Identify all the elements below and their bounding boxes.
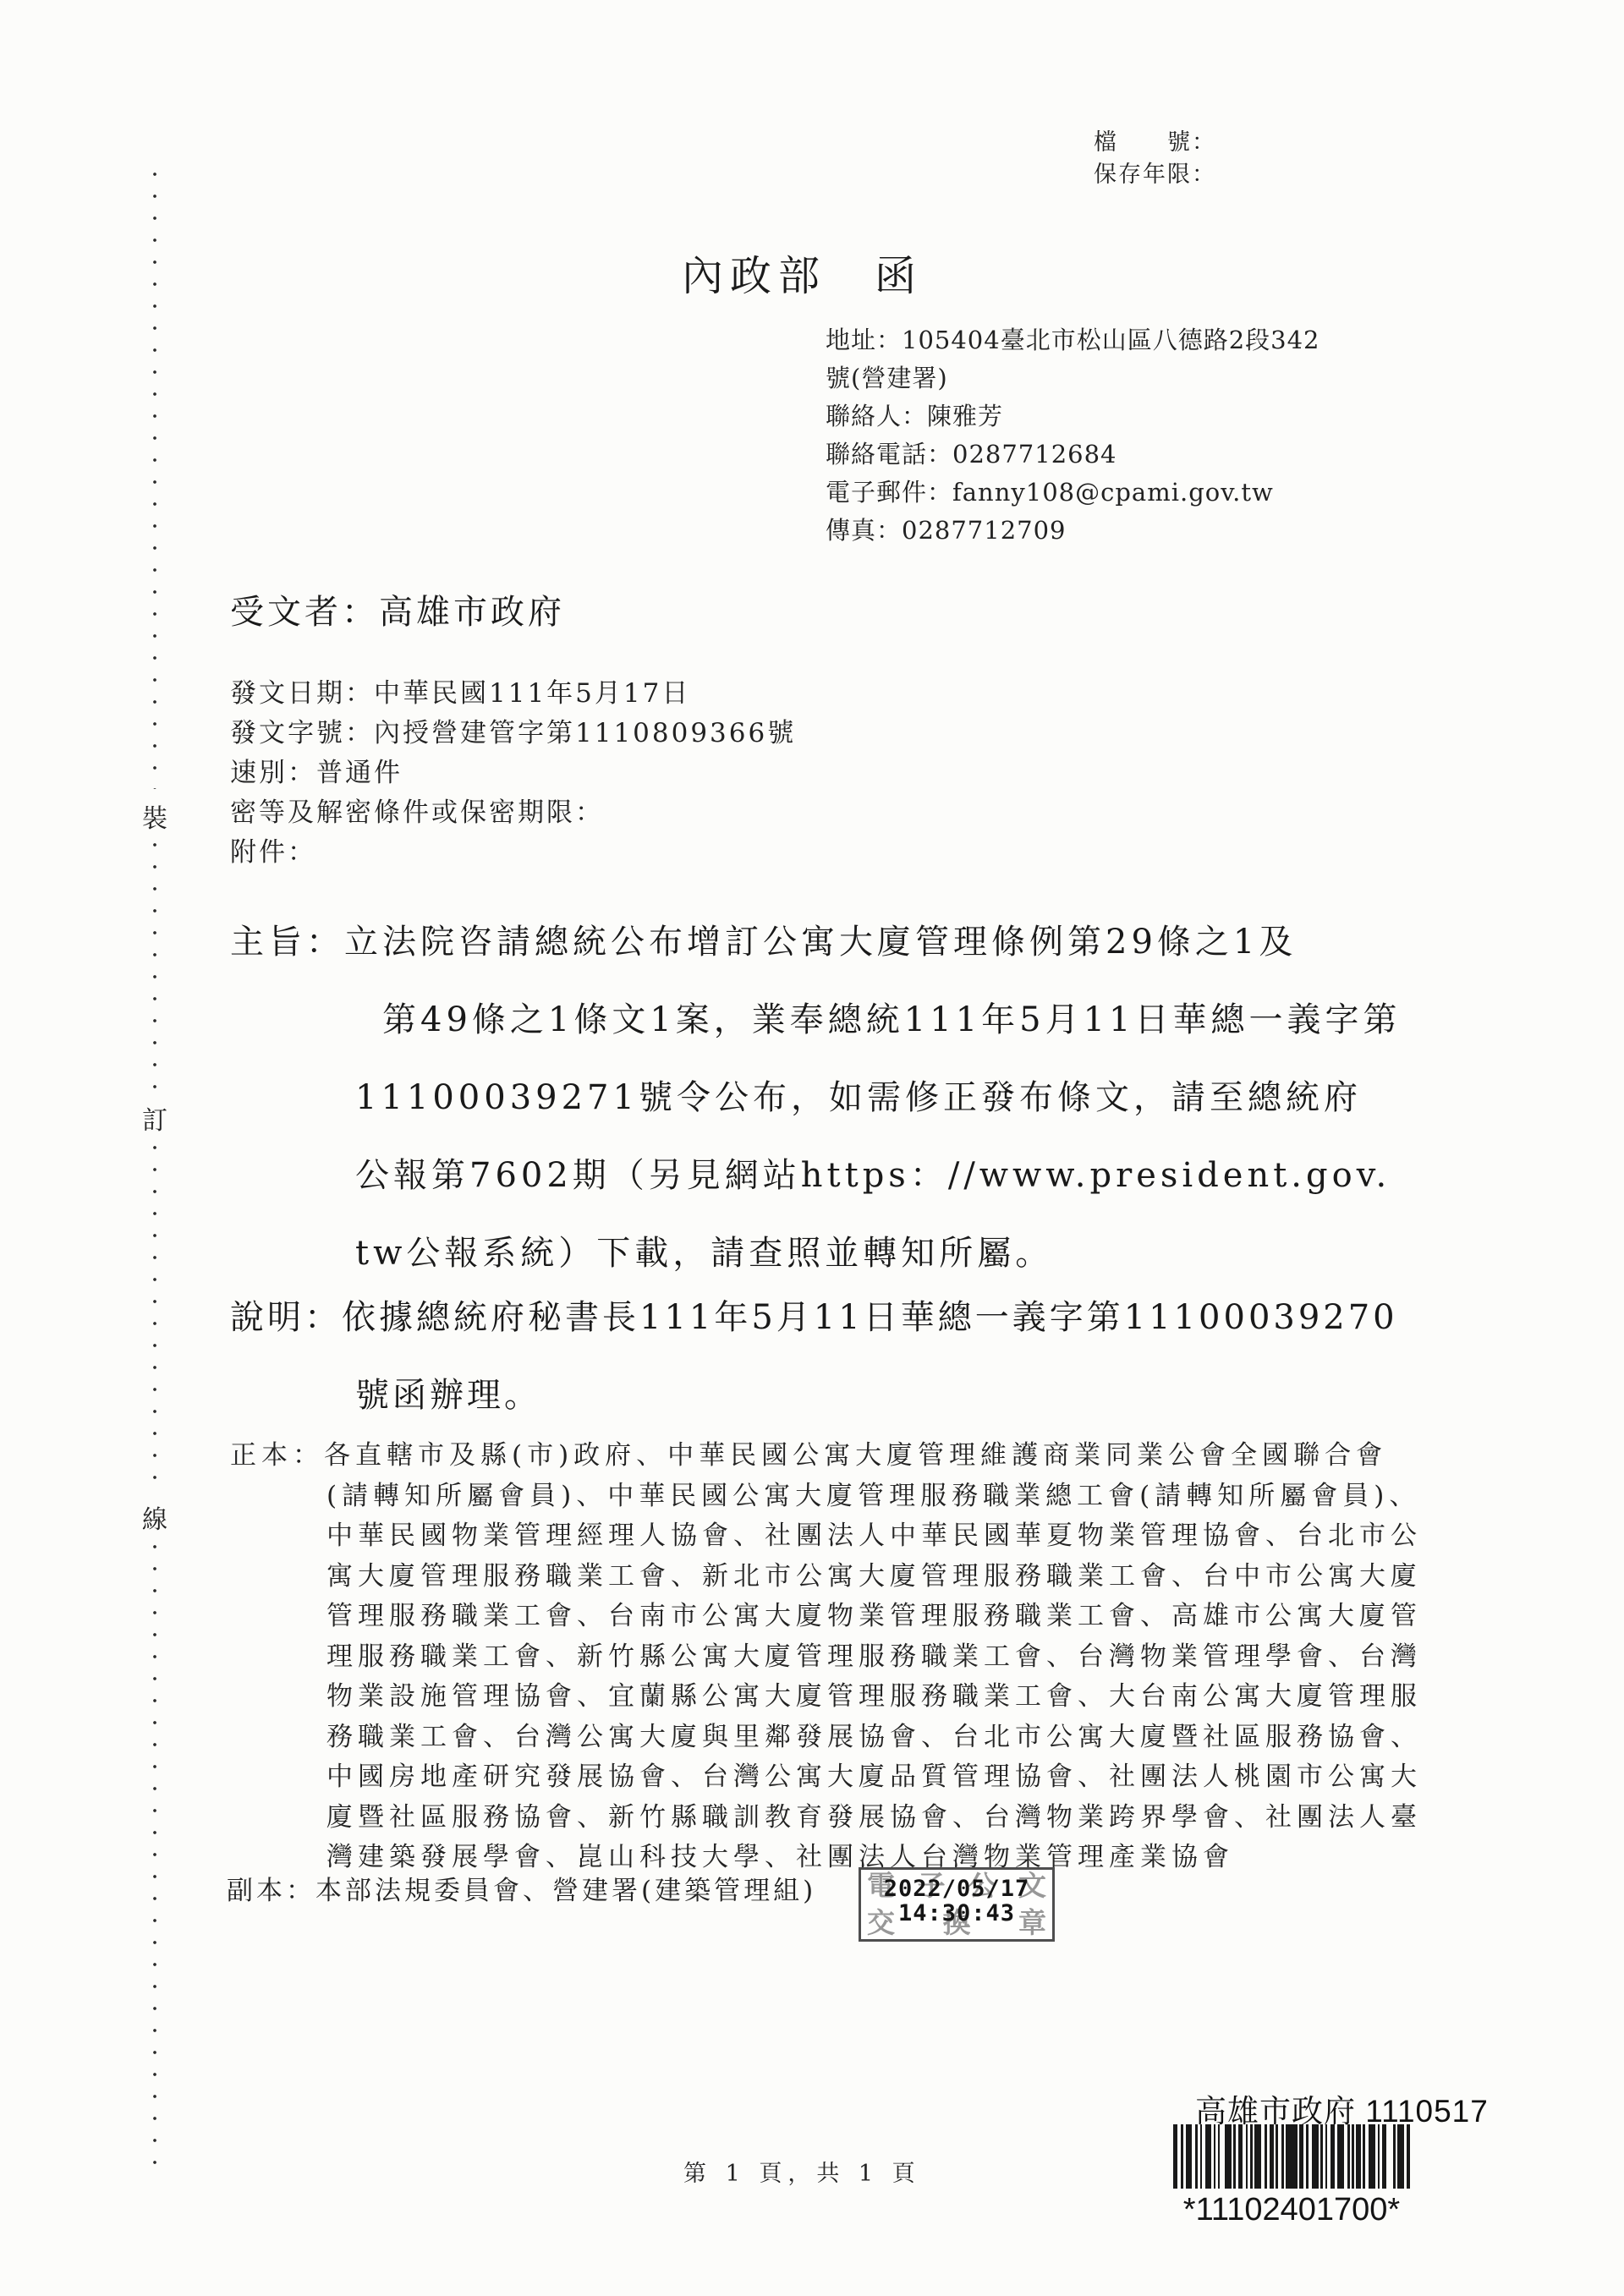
original-copy-line: 廈暨社區服務協會、新竹縣職訓教育發展協會、台灣物業跨界學會、社團法人臺 — [326, 1798, 1422, 1838]
scanned-official-letter: 檔 號： 保存年限： 內政部 函 地址：105404臺北市松山區八德路2段342… — [0, 0, 1624, 2296]
document-title: 內政部 函 — [682, 244, 923, 303]
original-copy-line: 寓大廈管理服務職業工會、新北市公寓大廈管理服務職業工會、台中市公寓大廈 — [326, 1557, 1422, 1597]
cc-line: 副本：本部法規委員會、營建署(建築管理組) — [227, 1869, 816, 1907]
recipient-line: 受文者：高雄市政府 — [230, 585, 565, 633]
description-line: 說明：依據總統府秘書長111年5月11日華總一義字第11100039270 — [230, 1279, 1398, 1356]
original-copy-block: 正本：各直轄市及縣(市)政府、中華民國公寓大廈管理維護商業同業公會全國聯合會 (… — [230, 1436, 1422, 1878]
original-copy-line: 正本：各直轄市及縣(市)政府、中華民國公寓大廈管理維護商業同業公會全國聯合會 — [230, 1436, 1422, 1477]
sender-address-line: 地址：105404臺北市松山區八德路2段342 — [826, 321, 1320, 359]
barcode — [1173, 2124, 1410, 2189]
file-no-label: 檔 號： — [1094, 127, 1216, 159]
dispatch-meta-block: 發文日期：中華民國111年5月17日 發文字號：內授營建管字第111080936… — [230, 674, 796, 873]
binding-dotted-line — [153, 1544, 156, 2167]
subject-paragraph: 主旨：立法院咨請總統公布增訂公寓大廈管理條例第29條之1及 第49條之1條文1案… — [230, 903, 1402, 1292]
barcode-text: *11102401700* — [1173, 2192, 1410, 2228]
electronic-exchange-stamp: 電 子 公 文 交 換 章 2022/05/17 14:30:43 — [859, 1867, 1055, 1942]
binding-mark-xian: 線 — [140, 1499, 170, 1536]
stamp-time: 14:30:43 — [861, 1900, 1052, 1926]
binding-dotted-line — [153, 842, 156, 1094]
dispatch-attachment: 附件： — [230, 833, 796, 873]
original-copy-line: 物業設施管理協會、宜蘭縣公寓大廈管理服務職業工會、大台南公寓大廈管理服 — [326, 1677, 1422, 1718]
dispatch-secrecy: 密等及解密條件或保密期限： — [230, 793, 796, 833]
sender-contact-block: 地址：105404臺北市松山區八德路2段342 號(營建署) 聯絡人：陳雅芳 聯… — [826, 321, 1320, 550]
original-copy-line: 中華民國物業管理經理人協會、社團法人中華民國華夏物業管理協會、台北市公 — [326, 1516, 1422, 1557]
subject-line: 公報第7602期（另見網站https：//www.president.gov. — [355, 1137, 1402, 1214]
description-line: 號函辦理。 — [355, 1356, 1398, 1434]
sender-address-line: 號(營建署) — [826, 359, 1320, 397]
dispatch-speed: 速別：普通件 — [230, 753, 796, 793]
sender-phone: 聯絡電話：0287712684 — [826, 436, 1320, 474]
sender-email: 電子郵件：fanny108@cpami.gov.tw — [826, 474, 1320, 512]
original-copy-line: (請轉知所屬會員)、中華民國公寓大廈管理服務職業總工會(請轉知所屬會員)、 — [326, 1477, 1422, 1517]
page-number: 第 1 頁，共 1 頁 — [683, 2155, 921, 2188]
sender-fax: 傳真：0287712709 — [826, 512, 1320, 550]
original-copy-line: 理服務職業工會、新竹縣公寓大廈管理服務職業工會、台灣物業管理學會、台灣 — [326, 1637, 1422, 1678]
sender-contact-person: 聯絡人：陳雅芳 — [826, 397, 1320, 436]
dispatch-number: 發文字號：內授營建管字第1110809366號 — [230, 714, 796, 753]
description-paragraph: 說明：依據總統府秘書長111年5月11日華總一義字第11100039270 號函… — [230, 1279, 1398, 1434]
binding-dotted-line — [153, 172, 156, 789]
subject-line: 第49條之1條文1案，業奉總統111年5月11日華總一義字第 — [382, 981, 1402, 1059]
file-info-block: 檔 號： 保存年限： — [1094, 127, 1216, 191]
original-copy-line: 管理服務職業工會、台南市公寓大廈物業管理服務職業工會、高雄市公寓大廈管 — [326, 1597, 1422, 1637]
subject-line: 主旨：立法院咨請總統公布增訂公寓大廈管理條例第29條之1及 — [230, 903, 1402, 981]
binding-mark-ding: 訂 — [140, 1099, 170, 1137]
binding-dotted-line — [153, 1145, 156, 1492]
subject-line: 11100039271號令公布，如需修正發布條文，請至總統府 — [355, 1059, 1402, 1137]
retention-label: 保存年限： — [1094, 159, 1216, 191]
dispatch-date: 發文日期：中華民國111年5月17日 — [230, 674, 796, 714]
original-copy-line: 中國房地產研究發展協會、台灣公寓大廈品質管理協會、社團法人桃園市公寓大 — [326, 1757, 1422, 1798]
binding-mark-zhuang: 裝 — [140, 797, 170, 835]
stamp-date: 2022/05/17 — [861, 1876, 1052, 1902]
original-copy-line: 務職業工會、台灣公寓大廈與里鄰發展協會、台北市公寓大廈暨社區服務協會、 — [326, 1718, 1422, 1758]
